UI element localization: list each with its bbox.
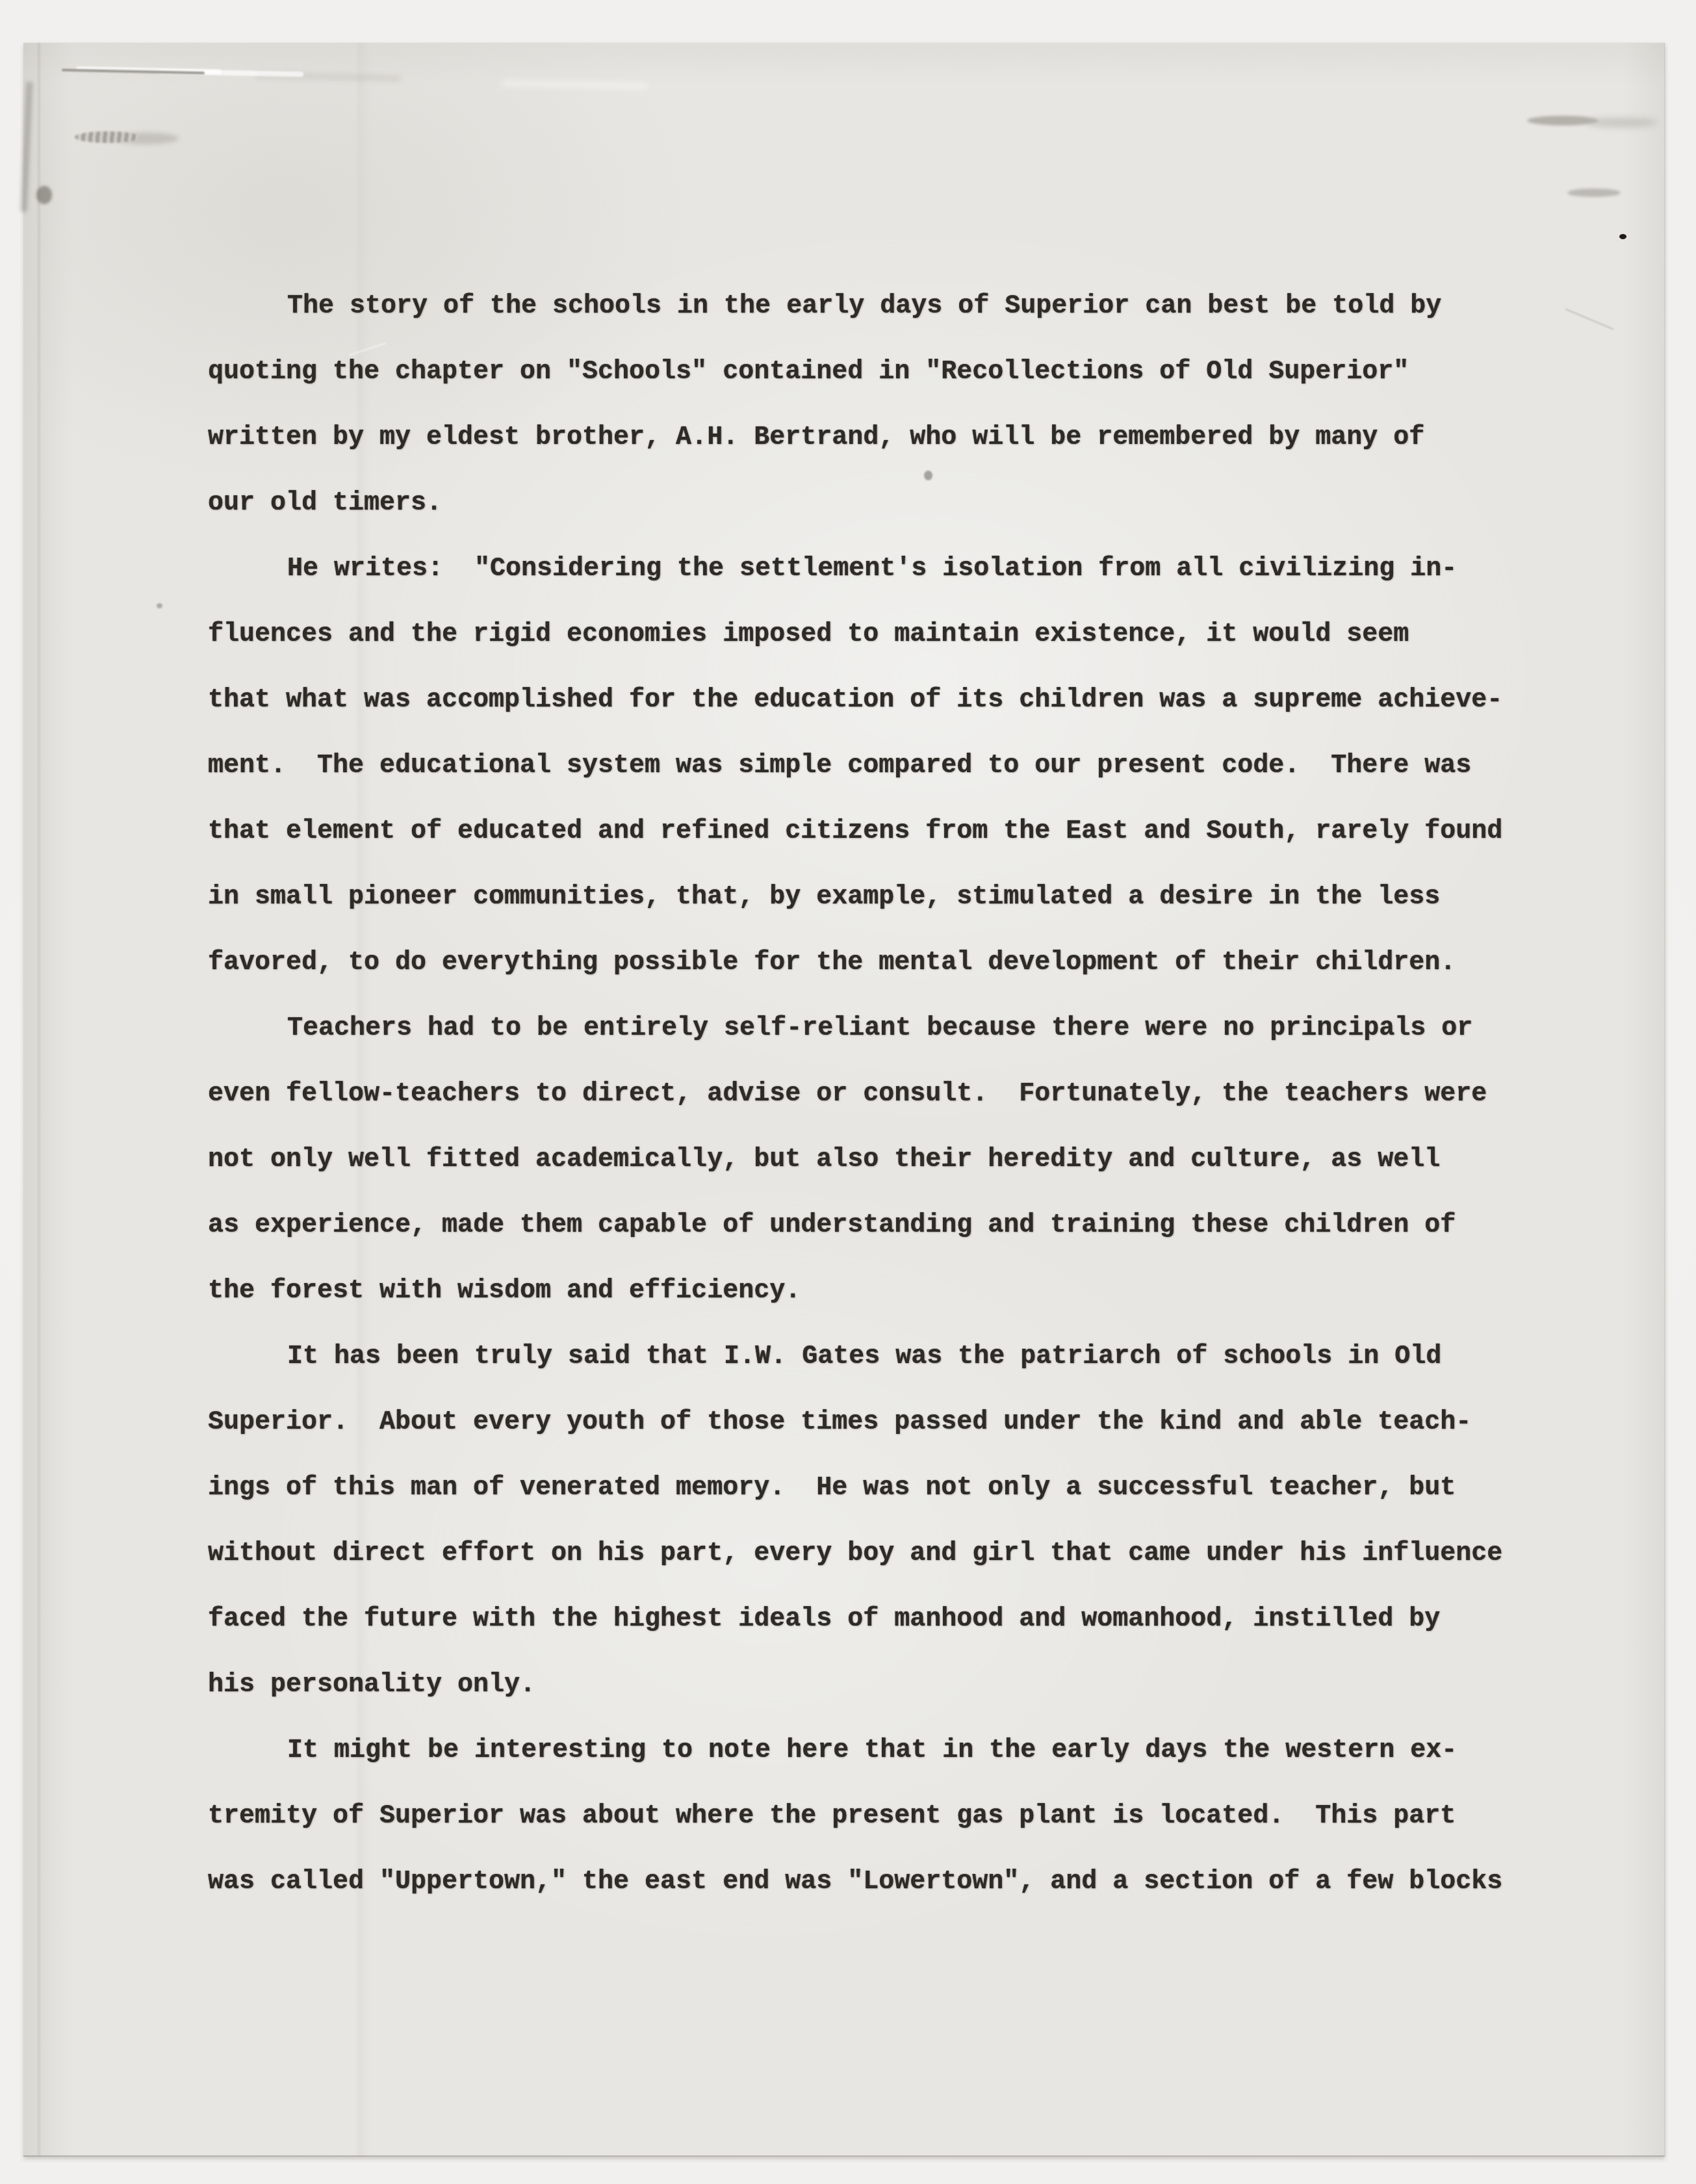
text-line: the forest with wisdom and efficiency. — [208, 1258, 1573, 1324]
text-line: It might be interesting to note here tha… — [208, 1718, 1573, 1784]
text-line: as experience, made them capable of unde… — [208, 1193, 1573, 1258]
text-line: quoting the chapter on "Schools" contain… — [208, 339, 1573, 405]
text-line: ings of this man of venerated memory. He… — [208, 1455, 1573, 1521]
text-line: favored, to do everything possible for t… — [208, 930, 1573, 996]
scan-smudge — [1567, 188, 1621, 197]
text-line: his personality only. — [208, 1652, 1573, 1718]
text-line: tremity of Superior was about where the … — [208, 1784, 1573, 1849]
text-line: in small pioneer communities, that, by e… — [208, 864, 1573, 930]
text-line: He writes: "Considering the settlement's… — [208, 536, 1573, 602]
pencil-smudge — [75, 131, 140, 143]
paper-fold-line — [38, 43, 40, 2155]
scan-smudge — [1527, 116, 1599, 125]
scanner-background: The story of the schools in the early da… — [0, 0, 1696, 2184]
typed-text-block: The story of the schools in the early da… — [208, 274, 1573, 1915]
ink-speck — [1619, 234, 1626, 239]
paper-sheet: The story of the schools in the early da… — [23, 43, 1665, 2157]
text-line: Teachers had to be entirely self-reliant… — [208, 996, 1573, 1061]
paragraph-5: It might be interesting to note here tha… — [208, 1718, 1573, 1915]
text-line: without direct effort on his part, every… — [208, 1521, 1573, 1587]
text-line: fluences and the rigid economies imposed… — [208, 602, 1573, 668]
corner-crease-shadow — [21, 82, 33, 212]
paragraph-2: He writes: "Considering the settlement's… — [208, 536, 1573, 996]
text-line: The story of the schools in the early da… — [208, 274, 1573, 339]
paper-crease-mark — [62, 69, 205, 75]
text-line: that element of educated and refined cit… — [208, 799, 1573, 864]
text-line: Superior. About every youth of those tim… — [208, 1390, 1573, 1455]
ink-speck — [157, 603, 162, 608]
text-line: was called "Uppertown," the east end was… — [208, 1849, 1573, 1915]
text-line: not only well fitted academically, but a… — [208, 1127, 1573, 1193]
text-line: written by my eldest brother, A.H. Bertr… — [208, 405, 1573, 471]
text-line: that what was accomplished for the educa… — [208, 668, 1573, 733]
paragraph-3: Teachers had to be entirely self-reliant… — [208, 996, 1573, 1324]
text-line: faced the future with the highest ideals… — [208, 1587, 1573, 1652]
paragraph-4: It has been truly said that I.W. Gates w… — [208, 1324, 1573, 1718]
ink-smudge — [36, 186, 52, 204]
text-line: It has been truly said that I.W. Gates w… — [208, 1324, 1573, 1390]
paragraph-1: The story of the schools in the early da… — [208, 274, 1573, 536]
text-line: even fellow-teachers to direct, advise o… — [208, 1061, 1573, 1127]
text-line: our old timers. — [208, 471, 1573, 536]
text-line: ment. The educational system was simple … — [208, 733, 1573, 799]
